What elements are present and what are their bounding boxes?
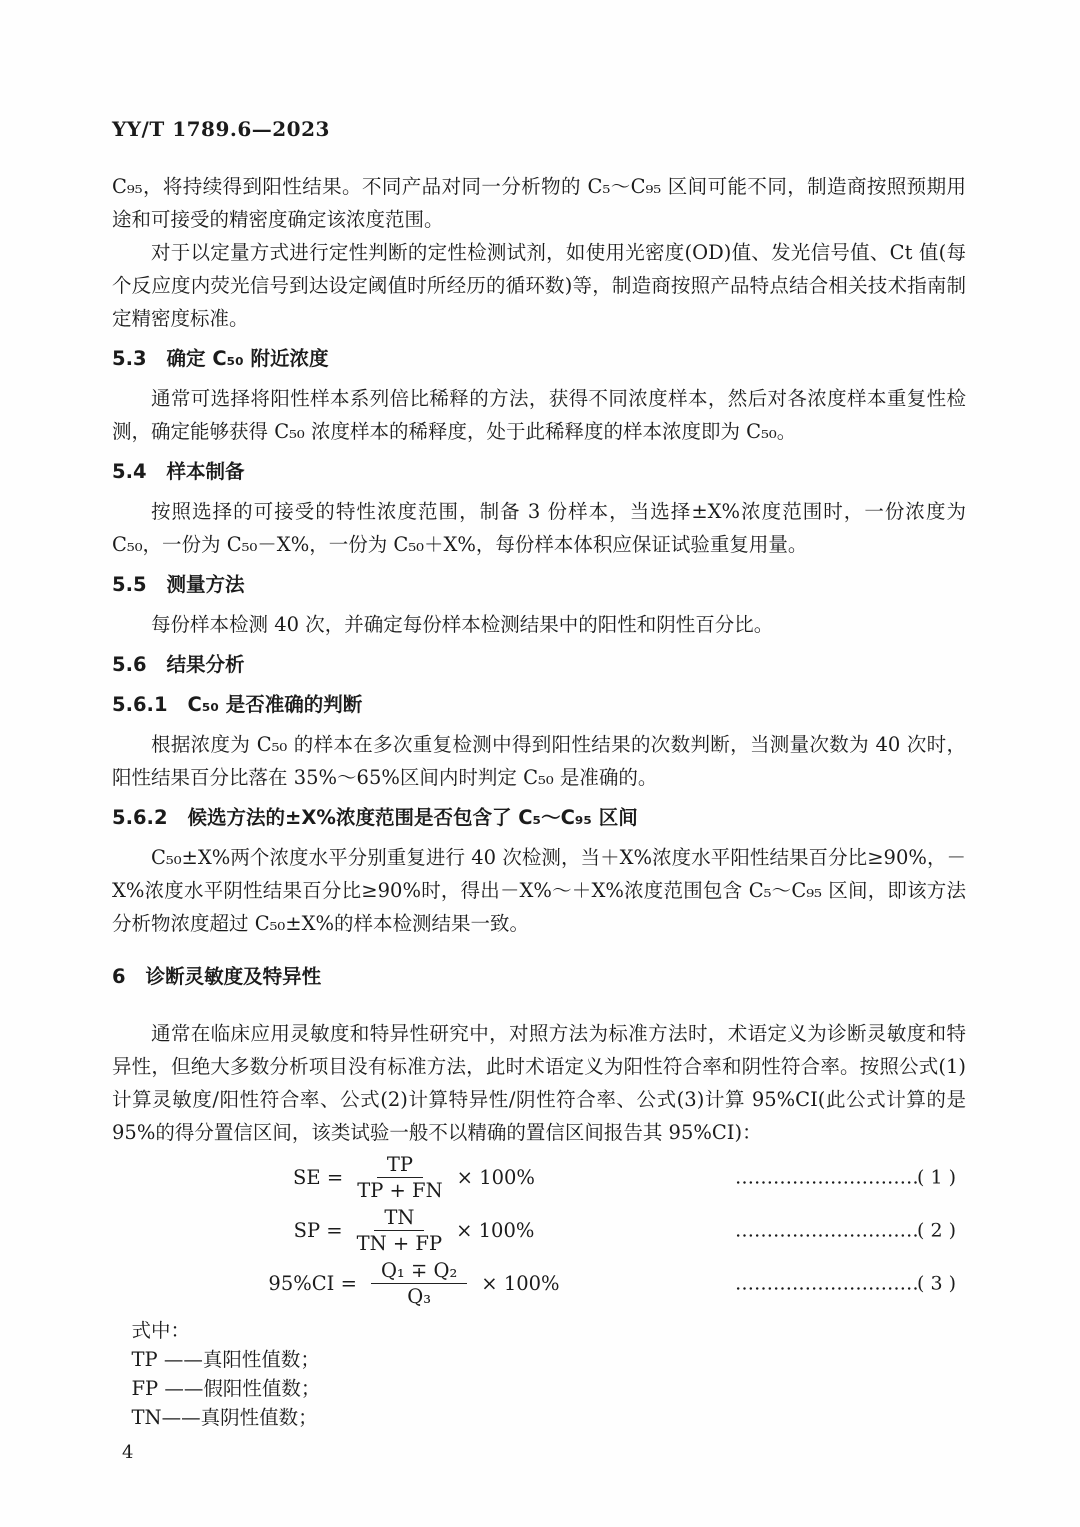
- section-number: 5.6.2: [112, 801, 168, 834]
- section-title: 结果分析: [167, 648, 245, 681]
- section-5-6-heading: 5.6 结果分析: [112, 648, 966, 681]
- section-5-5-paragraph: 每份样本检测 40 次，并确定每份样本检测结果中的阳性和阴性百分比。: [112, 608, 966, 641]
- fraction: Q₁ ∓ Q₂ Q₃: [371, 1259, 467, 1308]
- leader-dots: ……………………………………………: [735, 1267, 917, 1300]
- section-5-6-2: 5.6.2 候选方法的±X%浓度范围是否包含了 C₅～C₉₅ 区间 C₅₀±X%…: [112, 801, 966, 940]
- section-number: 5.5: [112, 568, 147, 601]
- fraction-numerator: TP: [377, 1153, 423, 1178]
- section-6-paragraph: 通常在临床应用灵敏度和特异性研究中，对照方法为标准方法时，术语定义为诊断灵敏度和…: [112, 1017, 966, 1149]
- section-6-heading: 6 诊断灵敏度及特异性: [112, 960, 966, 993]
- symbol-definitions: TP ——真阳性值数； FP ——假阳性值数； TN——真阴性值数；: [112, 1345, 966, 1432]
- document-page: YY/T 1789.6—2023 C₉₅，将持续得到阳性结果。不同产品对同一分析…: [0, 0, 1080, 1527]
- where-label: 式中：: [112, 1316, 966, 1345]
- section-title: 确定 C₅₀ 附近浓度: [167, 342, 329, 375]
- paragraph-qualitative-reagent: 对于以定量方式进行定性判断的定性检测试剂，如使用光密度(OD)值、发光信号值、C…: [112, 236, 966, 335]
- section-5-6: 5.6 结果分析: [112, 648, 966, 681]
- section-title: C₅₀ 是否准确的判断: [188, 688, 363, 721]
- section-5-4-heading: 5.4 样本制备: [112, 455, 966, 488]
- section-number: 5.4: [112, 455, 147, 488]
- leader-dots: ……………………………………………: [735, 1214, 917, 1247]
- section-5-5: 5.5 测量方法 每份样本检测 40 次，并确定每份样本检测结果中的阳性和阴性百…: [112, 568, 966, 641]
- equation-1-expression: SE = TP TP + FN × 100%: [293, 1153, 535, 1202]
- equation-number: ( 3 ): [917, 1267, 956, 1300]
- section-title: 诊断灵敏度及特异性: [146, 960, 322, 993]
- section-number: 5.6: [112, 648, 147, 681]
- section-5-4-paragraph: 按照选择的可接受的特性浓度范围，制备 3 份样本，当选择±X%浓度范围时，一份浓…: [112, 495, 966, 561]
- page-number: 4: [122, 1442, 966, 1464]
- section-5-3-paragraph: 通常可选择将阳性样本系列倍比稀释的方法，获得不同浓度样本，然后对各浓度样本重复性…: [112, 382, 966, 448]
- equation-suffix: × 100%: [456, 1214, 534, 1247]
- section-number: 5.3: [112, 342, 147, 375]
- section-5-6-1-heading: 5.6.1 C₅₀ 是否准确的判断: [112, 688, 966, 721]
- section-5-6-1: 5.6.1 C₅₀ 是否准确的判断 根据浓度为 C₅₀ 的样本在多次重复检测中得…: [112, 688, 966, 794]
- section-6: 6 诊断灵敏度及特异性 通常在临床应用灵敏度和特异性研究中，对照方法为标准方法时…: [112, 960, 966, 1149]
- section-5-6-1-paragraph: 根据浓度为 C₅₀ 的样本在多次重复检测中得到阳性结果的次数判断，当测量次数为 …: [112, 728, 966, 794]
- definition-tn: TN——真阴性值数；: [112, 1403, 966, 1432]
- fraction-denominator: TP + FN: [357, 1178, 442, 1202]
- equation-lhs: SP =: [294, 1214, 343, 1247]
- section-title: 样本制备: [167, 455, 245, 488]
- equation-2-tail: …………………………………………… ( 2 ): [735, 1214, 956, 1247]
- fraction-numerator: Q₁ ∓ Q₂: [371, 1259, 467, 1284]
- equation-2-specificity: SP = TN TN + FP × 100% ………………………………………………: [112, 1206, 966, 1255]
- equation-3-tail: …………………………………………… ( 3 ): [735, 1267, 956, 1300]
- section-5-6-2-heading: 5.6.2 候选方法的±X%浓度范围是否包含了 C₅～C₉₅ 区间: [112, 801, 966, 834]
- section-5-3-heading: 5.3 确定 C₅₀ 附近浓度: [112, 342, 966, 375]
- section-number: 5.6.1: [112, 688, 168, 721]
- paragraph-c95-continuation: C₉₅，将持续得到阳性结果。不同产品对同一分析物的 C₅～C₉₅ 区间可能不同，…: [112, 170, 966, 236]
- fraction-denominator: Q₃: [407, 1284, 431, 1308]
- section-5-5-heading: 5.5 测量方法: [112, 568, 966, 601]
- definition-tp: TP ——真阳性值数；: [112, 1345, 966, 1374]
- equation-3-expression: 95%CI = Q₁ ∓ Q₂ Q₃ × 100%: [268, 1259, 559, 1308]
- equation-suffix: × 100%: [457, 1161, 535, 1194]
- section-5-4: 5.4 样本制备 按照选择的可接受的特性浓度范围，制备 3 份样本，当选择±X%…: [112, 455, 966, 561]
- section-number: 6: [112, 960, 126, 993]
- fraction-numerator: TN: [374, 1206, 424, 1231]
- doc-number-header: YY/T 1789.6—2023: [112, 116, 966, 142]
- equation-lhs: SE =: [293, 1161, 343, 1194]
- equation-1-tail: …………………………………………… ( 1 ): [735, 1161, 956, 1194]
- equation-2-expression: SP = TN TN + FP × 100%: [294, 1206, 535, 1255]
- fraction: TN TN + FP: [357, 1206, 442, 1255]
- leader-dots: ……………………………………………: [735, 1161, 917, 1194]
- equation-lhs: 95%CI =: [268, 1267, 357, 1300]
- equations-block: SE = TP TP + FN × 100% ………………………………………………: [112, 1153, 966, 1308]
- section-5-6-2-paragraph: C₅₀±X%两个浓度水平分别重复进行 40 次检测，当＋X%浓度水平阳性结果百分…: [112, 841, 966, 940]
- equation-suffix: × 100%: [481, 1267, 559, 1300]
- equation-3-confidence-interval: 95%CI = Q₁ ∓ Q₂ Q₃ × 100% ………………………………………: [112, 1259, 966, 1308]
- equation-number: ( 2 ): [917, 1214, 956, 1247]
- definition-fp: FP ——假阳性值数；: [112, 1374, 966, 1403]
- fraction: TP TP + FN: [357, 1153, 442, 1202]
- section-5-3: 5.3 确定 C₅₀ 附近浓度 通常可选择将阳性样本系列倍比稀释的方法，获得不同…: [112, 342, 966, 448]
- fraction-denominator: TN + FP: [357, 1231, 442, 1255]
- equation-1-sensitivity: SE = TP TP + FN × 100% ………………………………………………: [112, 1153, 966, 1202]
- section-title: 测量方法: [167, 568, 245, 601]
- section-title: 候选方法的±X%浓度范围是否包含了 C₅～C₉₅ 区间: [188, 801, 638, 834]
- equation-number: ( 1 ): [917, 1161, 956, 1194]
